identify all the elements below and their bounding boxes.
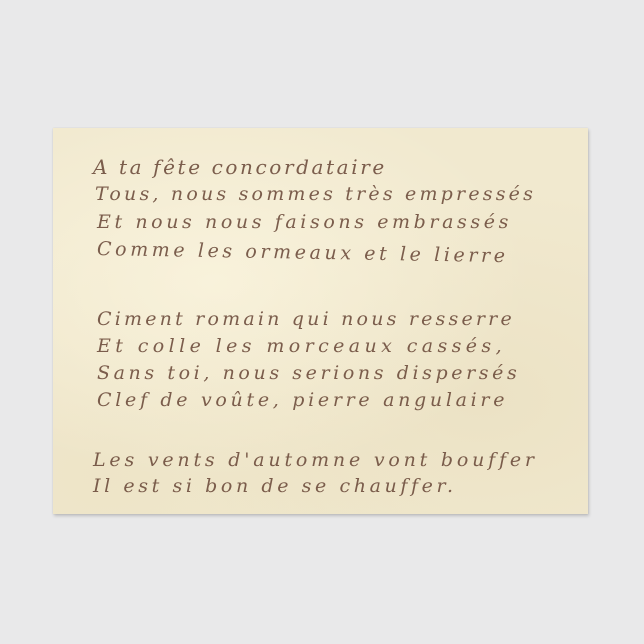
poem-line: Et colle les morceaux cassés, [97, 335, 506, 357]
poem-line: Ciment romain qui nous resserre [97, 308, 515, 330]
poem-line: A ta fête concordataire [93, 155, 387, 179]
poem-line: Sans toi, nous serions dispersés [97, 362, 520, 384]
poem-line: Clef de voûte, pierre angulaire [97, 389, 508, 411]
poem-line: Tous, nous sommes très empressés [95, 183, 536, 205]
manuscript-page: A ta fête concordataire Tous, nous somme… [53, 128, 588, 514]
poem-line: Les vents d'automne vont bouffer [93, 449, 538, 471]
poem-line: Il est si bon de se chauffer. [93, 475, 457, 497]
viewer-background: A ta fête concordataire Tous, nous somme… [0, 0, 644, 644]
poem-line: Comme les ormeaux et le lierre [97, 238, 509, 267]
poem-line: Et nous nous faisons embrassés [97, 211, 512, 233]
